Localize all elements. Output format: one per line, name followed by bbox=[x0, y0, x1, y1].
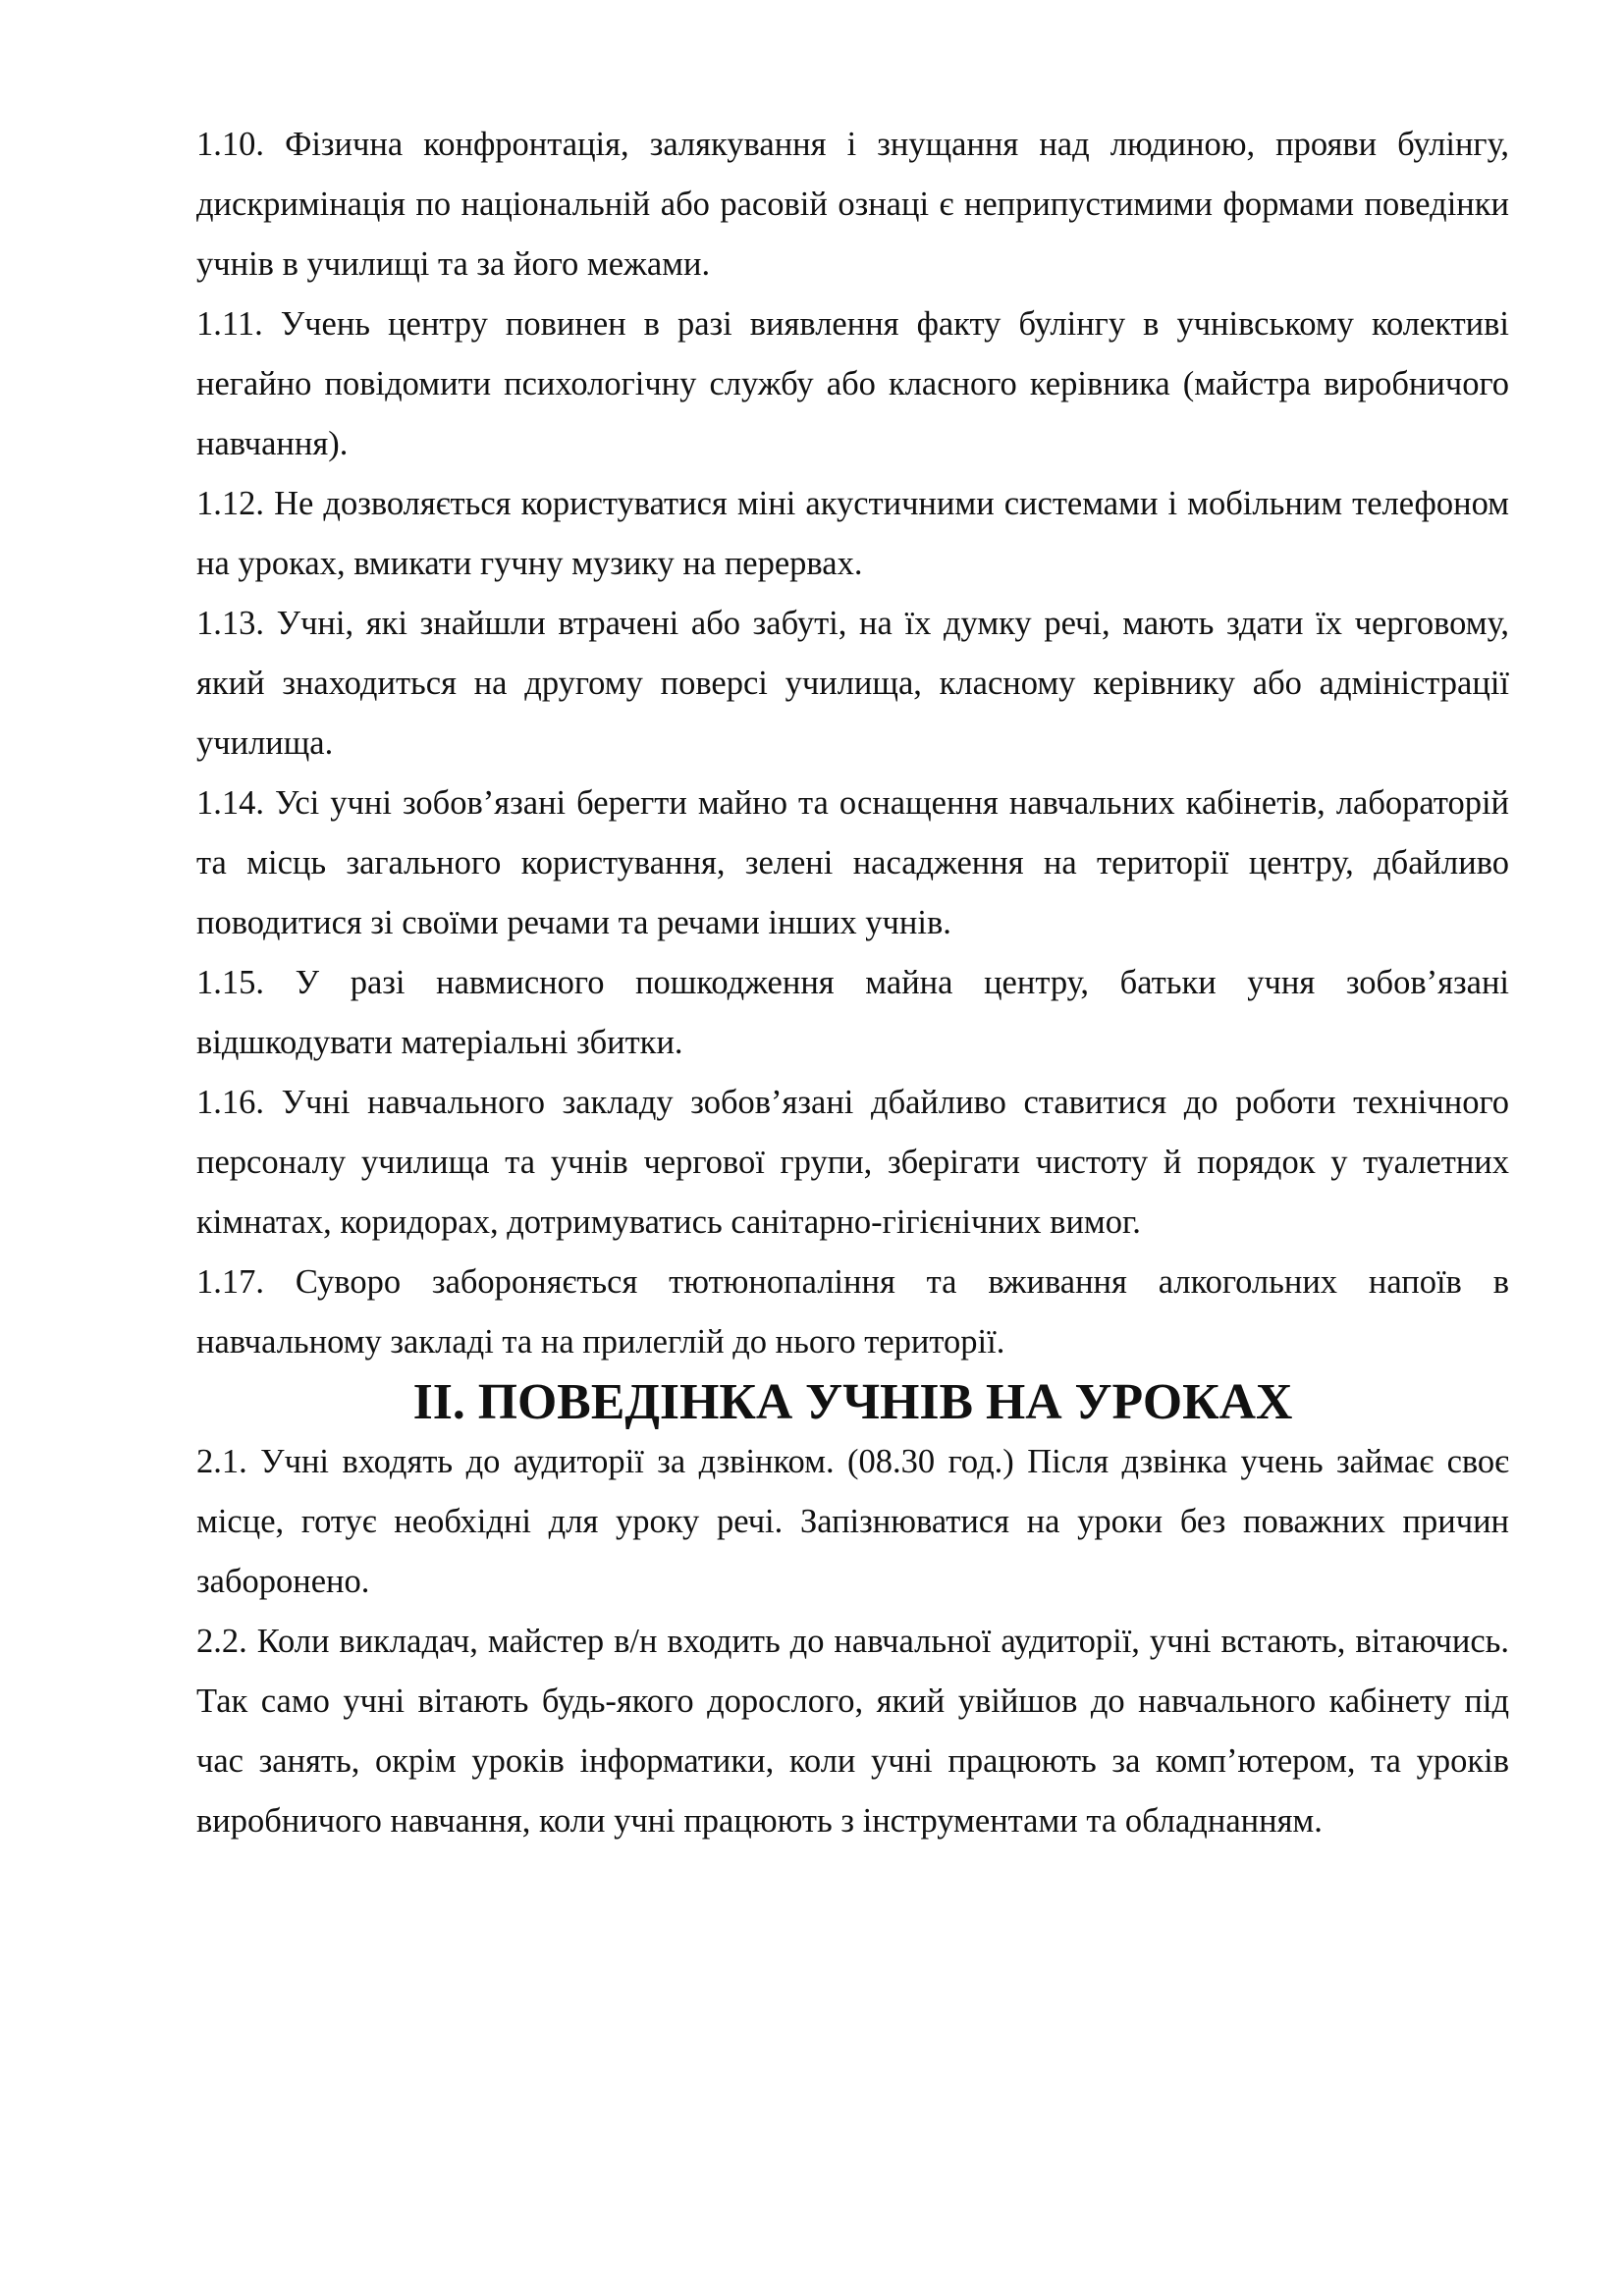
paragraph-1-12: 1.12. Не дозволяється користуватися міні… bbox=[196, 474, 1509, 594]
paragraph-1-17: 1.17. Суворо забороняється тютюнопаління… bbox=[196, 1253, 1509, 1372]
paragraph-2-2: 2.2. Коли викладач, майстер в/н входить … bbox=[196, 1612, 1509, 1851]
paragraph-2-1: 2.1. Учні входять до аудиторії за дзвінк… bbox=[196, 1432, 1509, 1612]
document-page: 1.10. Фізична конфронтація, залякування … bbox=[196, 115, 1509, 1851]
paragraph-1-10: 1.10. Фізична конфронтація, залякування … bbox=[196, 115, 1509, 294]
section-2-heading: ІІ. ПОВЕДІНКА УЧНІВ НА УРОКАХ bbox=[196, 1372, 1509, 1432]
paragraph-1-11: 1.11. Учень центру повинен в разі виявле… bbox=[196, 294, 1509, 474]
paragraph-1-14: 1.14. Усі учні зобов’язані берегти майно… bbox=[196, 774, 1509, 953]
paragraph-1-13: 1.13. Учні, які знайшли втрачені або заб… bbox=[196, 594, 1509, 774]
paragraph-1-16: 1.16. Учні навчального закладу зобов’яза… bbox=[196, 1073, 1509, 1253]
paragraph-1-15: 1.15. У разі навмисного пошкодження майн… bbox=[196, 953, 1509, 1073]
